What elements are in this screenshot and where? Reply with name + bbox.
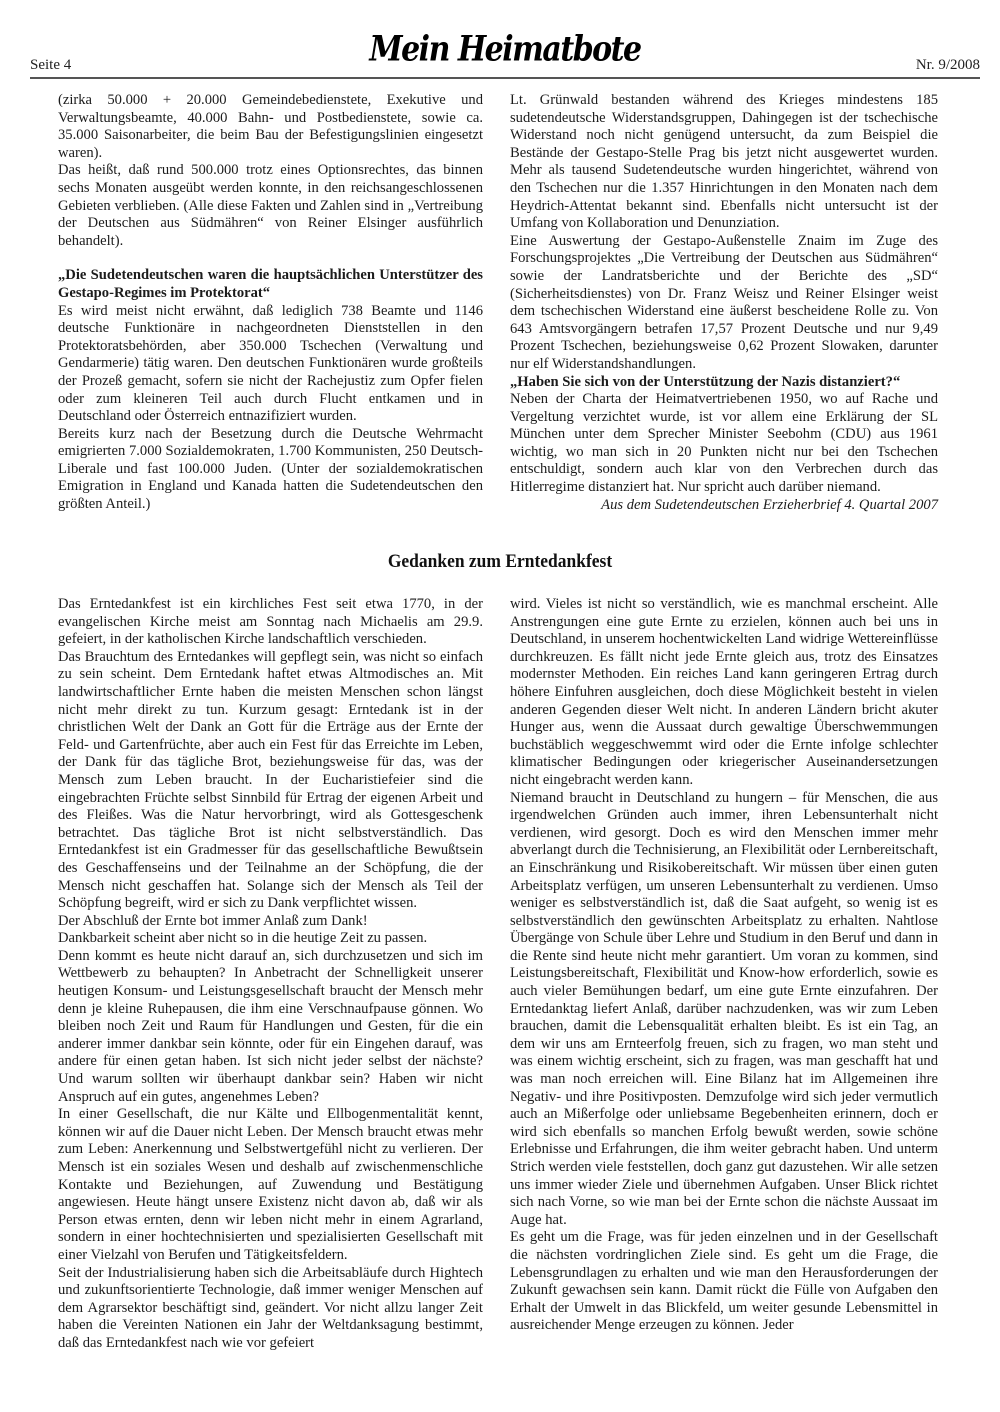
paragraph: Neben der Charta der Heimatvertriebenen … bbox=[510, 391, 938, 497]
paragraph: Denn kommt es heute nicht darauf an, sic… bbox=[58, 948, 483, 1106]
source-citation: Aus dem Sudetendeutschen Erzieherbrief 4… bbox=[510, 497, 938, 515]
article1-column-left: (zirka 50.000 + 20.000 Gemeindebedienste… bbox=[58, 92, 483, 514]
paragraph: Der Abschluß der Ernte bot immer Anlaß z… bbox=[58, 913, 483, 931]
paragraph: Niemand braucht in Deutschland zu hunger… bbox=[510, 790, 938, 1230]
paragraph: Seit der Industrialisierung haben sich d… bbox=[58, 1265, 483, 1353]
paragraph: (zirka 50.000 + 20.000 Gemeindebedienste… bbox=[58, 92, 483, 162]
subheading: „Die Sudetendeutschen waren die hauptsäc… bbox=[58, 267, 483, 302]
article2-column-right: wird. Vieles ist nicht so verständlich, … bbox=[510, 596, 938, 1335]
paragraph: Es wird meist nicht erwähnt, daß ledigli… bbox=[58, 303, 483, 426]
paragraph: Es geht um die Frage, was für jeden einz… bbox=[510, 1229, 938, 1335]
page-header: Seite 4 Mein Heimatbote Nr. 9/2008 bbox=[30, 30, 980, 78]
issue-number: Nr. 9/2008 bbox=[916, 57, 980, 74]
article2-column-left: Das Erntedankfest ist ein kirchliches Fe… bbox=[58, 596, 483, 1353]
paragraph: In einer Gesellschaft, die nur Kälte und… bbox=[58, 1106, 483, 1264]
paragraph: Lt. Grünwald bestanden während des Krieg… bbox=[510, 92, 938, 233]
subheading: „Haben Sie sich von der Unterstützung de… bbox=[510, 374, 938, 392]
paragraph: Bereits kurz nach der Besetzung durch di… bbox=[58, 426, 483, 514]
article2-title: Gedanken zum Erntedankfest bbox=[40, 551, 960, 573]
newspaper-page: Seite 4 Mein Heimatbote Nr. 9/2008 (zirk… bbox=[0, 0, 1000, 1412]
paragraph: Eine Auswertung der Gestapo-Außenstelle … bbox=[510, 233, 938, 374]
paragraph: Das Brauchtum des Erntedankes will gepfl… bbox=[58, 649, 483, 913]
paragraph: Das heißt, daß rund 500.000 trotz eines … bbox=[58, 162, 483, 250]
paragraph: Das Erntedankfest ist ein kirchliches Fe… bbox=[58, 596, 483, 649]
paragraph: wird. Vieles ist nicht so verständlich, … bbox=[510, 596, 938, 790]
paragraph: Dankbarkeit scheint aber nicht so in die… bbox=[58, 930, 483, 948]
masthead-logo: Mein Heimatbote bbox=[30, 27, 980, 73]
article1-column-right: Lt. Grünwald bestanden während des Krieg… bbox=[510, 92, 938, 514]
header-divider bbox=[30, 77, 980, 79]
